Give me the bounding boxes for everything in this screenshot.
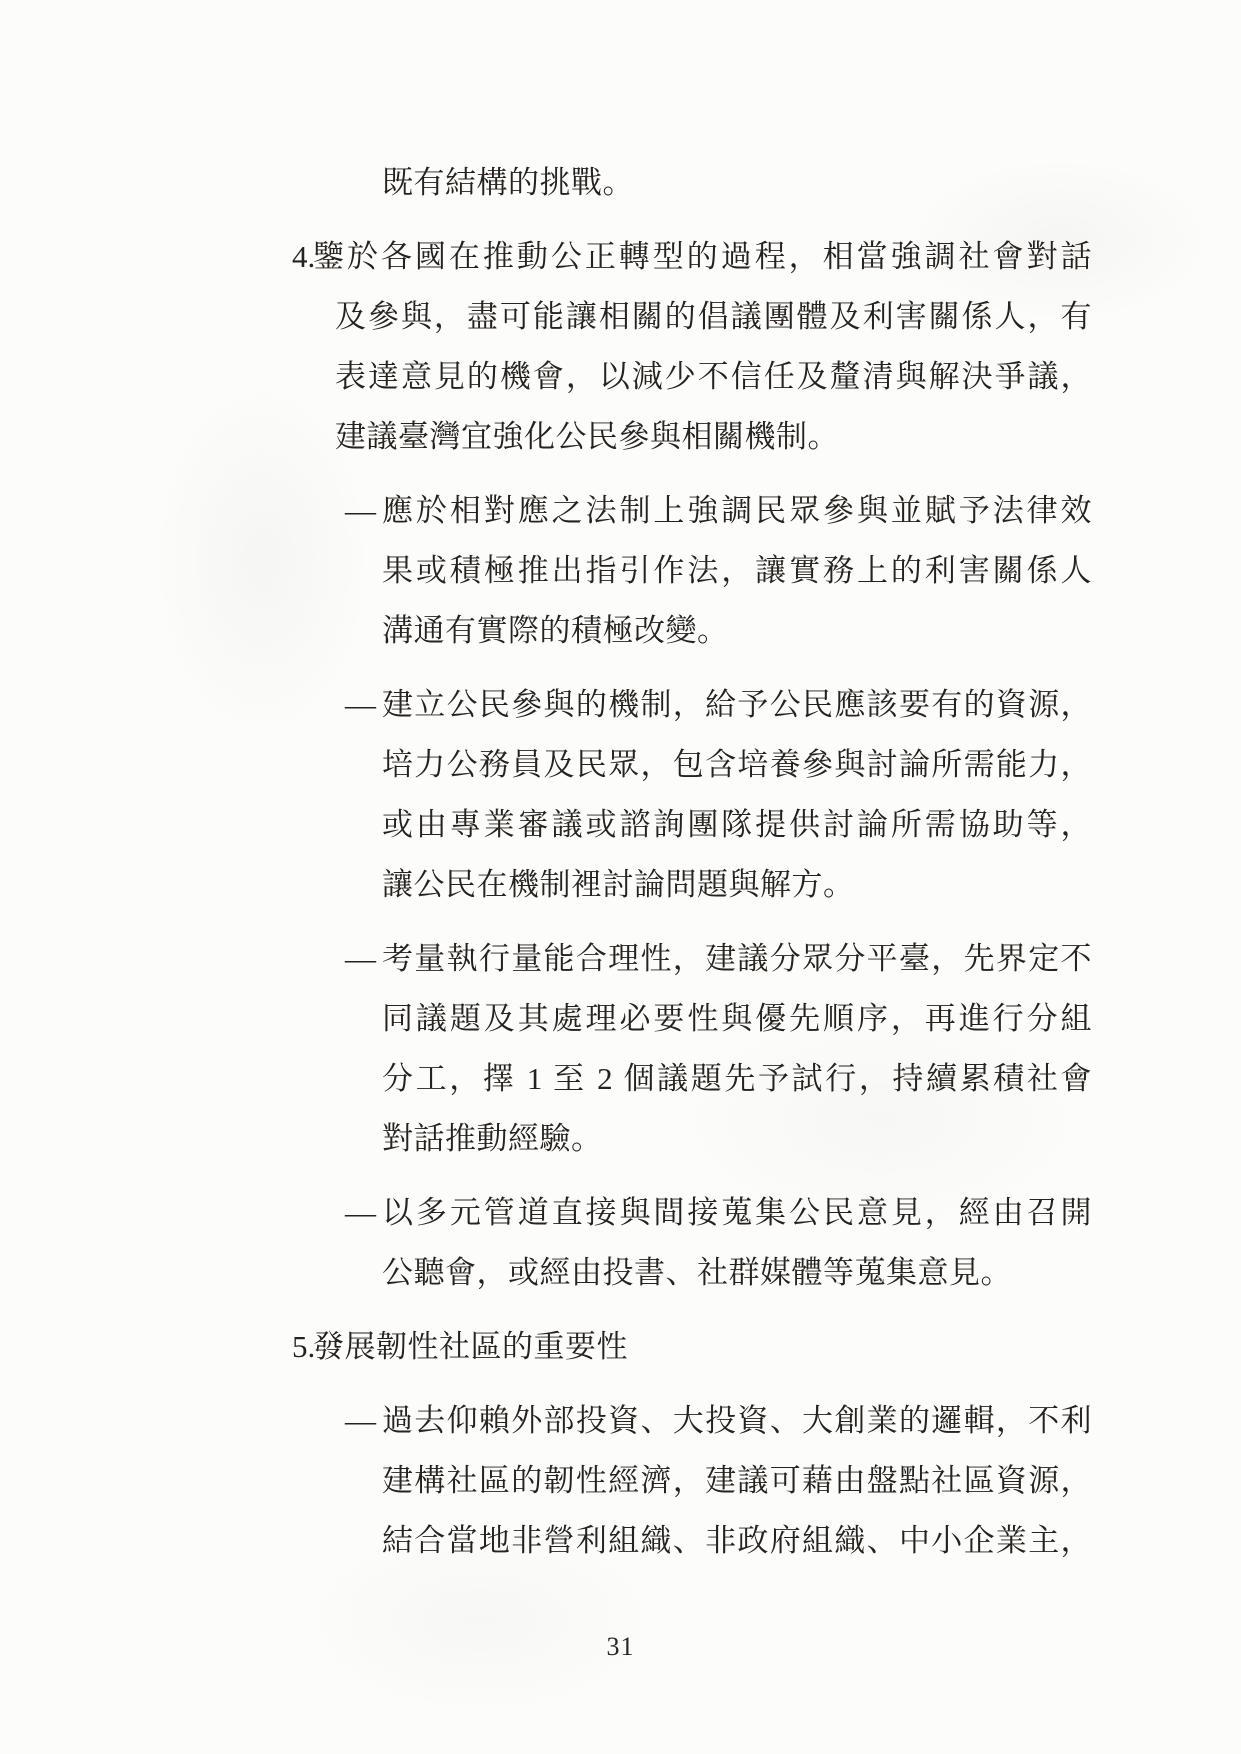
page-text-block: 既有結構的挑戰。 4. 鑒於各國在推動公正轉型的過程，相當強調社會對話 及參與，… — [0, 153, 1241, 1585]
text-line: 建立公民參與的機制，給予公民應該要有的資源， — [382, 675, 1092, 735]
list-number-marker: 5. — [292, 1317, 315, 1377]
text-line: 過去仰賴外部投資、大投資、大創業的邏輯，不利 — [382, 1391, 1092, 1451]
dash-marker: — — [345, 1183, 376, 1243]
text-line: 建議臺灣宜強化公民參與相關機制。 — [335, 407, 1092, 467]
dash-marker: — — [345, 929, 376, 989]
text-line: 以多元管道直接與間接蒐集公民意見，經由召開 — [382, 1183, 1092, 1243]
text-line: 考量執行量能合理性，建議分眾分平臺，先界定不 — [382, 929, 1092, 989]
dash-paragraph: — 以多元管道直接與間接蒐集公民意見，經由召開 公聽會，或經由投書、社群媒體等蒐… — [0, 1183, 1241, 1303]
scanned-document-page: 既有結構的挑戰。 4. 鑒於各國在推動公正轉型的過程，相當強調社會對話 及參與，… — [0, 0, 1241, 1754]
text-line: 讓公民在機制裡討論問題與解方。 — [382, 855, 1092, 915]
dash-paragraph: — 應於相對應之法制上強調民眾參與並賦予法律效 果或積極推出指引作法，讓實務上的… — [0, 481, 1241, 661]
text-line: 結合當地非營利組織、非政府組織、中小企業主， — [382, 1511, 1092, 1571]
dash-marker: — — [345, 481, 376, 541]
text-line: 培力公務員及民眾，包含培養參與討論所需能力， — [382, 735, 1092, 795]
paragraph-continuation: 既有結構的挑戰。 — [0, 153, 1241, 213]
text-line: 既有結構的挑戰。 — [382, 153, 1092, 213]
dash-marker: — — [345, 1391, 376, 1451]
text-line: 分工，擇 1 至 2 個議題先予試行，持續累積社會 — [382, 1049, 1092, 1109]
list-number-marker: 4. — [292, 227, 315, 287]
text-line: 表達意見的機會，以減少不信任及釐清與解決爭議， — [335, 347, 1092, 407]
dash-marker: — — [345, 675, 376, 735]
numbered-paragraph-5: 5. 發展韌性社區的重要性 — [0, 1317, 1241, 1377]
text-line: 鑒於各國在推動公正轉型的過程，相當強調社會對話 — [313, 227, 1092, 287]
text-line: 或由專業審議或諮詢團隊提供討論所需協助等， — [382, 795, 1092, 855]
text-line: 公聽會，或經由投書、社群媒體等蒐集意見。 — [382, 1243, 1092, 1303]
dash-paragraph: — 過去仰賴外部投資、大投資、大創業的邏輯，不利 建構社區的韌性經濟，建議可藉由… — [0, 1391, 1241, 1571]
text-line: 發展韌性社區的重要性 — [313, 1317, 1092, 1377]
text-line: 對話推動經驗。 — [382, 1109, 1092, 1169]
text-line: 建構社區的韌性經濟，建議可藉由盤點社區資源， — [382, 1451, 1092, 1511]
numbered-paragraph-4: 4. 鑒於各國在推動公正轉型的過程，相當強調社會對話 及參與，盡可能讓相關的倡議… — [0, 227, 1241, 467]
dash-paragraph: — 考量執行量能合理性，建議分眾分平臺，先界定不 同議題及其處理必要性與優先順序… — [0, 929, 1241, 1169]
dash-paragraph: — 建立公民參與的機制，給予公民應該要有的資源， 培力公務員及民眾，包含培養參與… — [0, 675, 1241, 915]
text-line: 溝通有實際的積極改變。 — [382, 601, 1092, 661]
text-line: 及參與，盡可能讓相關的倡議團體及利害關係人，有 — [335, 287, 1092, 347]
page-number: 31 — [0, 1630, 1241, 1664]
text-line: 同議題及其處理必要性與優先順序，再進行分組 — [382, 989, 1092, 1049]
text-line: 應於相對應之法制上強調民眾參與並賦予法律效 — [382, 481, 1092, 541]
text-line: 果或積極推出指引作法，讓實務上的利害關係人 — [382, 541, 1092, 601]
